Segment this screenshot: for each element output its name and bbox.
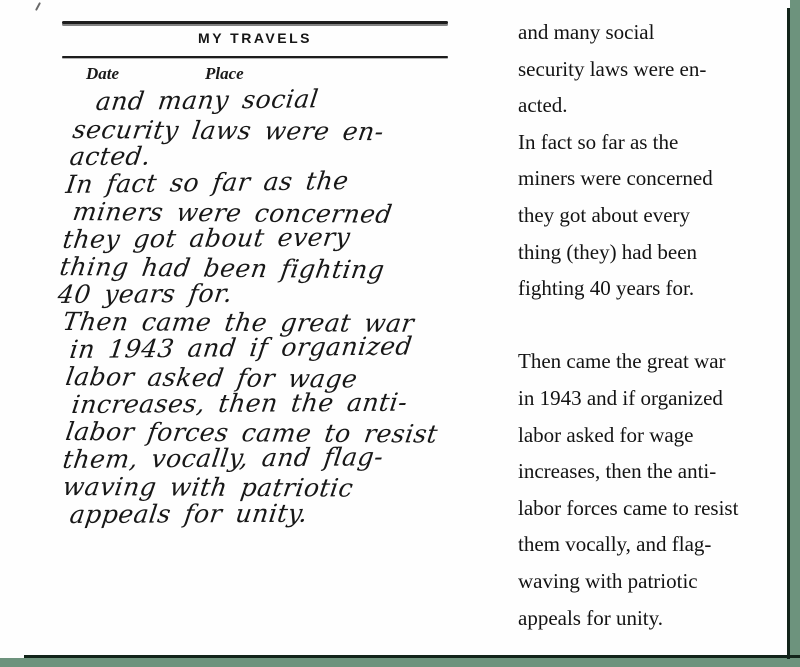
- date-column-label: Date: [86, 64, 119, 84]
- frame-border-bottom: [0, 658, 800, 667]
- pen-mark: [35, 2, 41, 11]
- scanned-document-page: MY TRAVELS Date Place and many social se…: [0, 0, 800, 667]
- transcription-line: fighting 40 years for.: [518, 270, 788, 307]
- transcription-line: they got about every: [518, 197, 788, 234]
- transcription-line: miners were concerned: [518, 160, 788, 197]
- handwritten-line: in 1943 and if organized: [68, 331, 490, 363]
- transcription-line: them vocally, and flag-: [518, 526, 788, 563]
- transcription-line: labor forces came to resist: [518, 490, 788, 527]
- handwritten-line: they got about every: [61, 222, 490, 253]
- place-column-label: Place: [205, 64, 244, 84]
- transcription-line: thing (they) had been: [518, 234, 788, 271]
- handwritten-line: increases, then the anti-: [70, 388, 490, 418]
- scan-edge-line-bottom: [24, 655, 800, 658]
- handwritten-line: 40 years for.: [56, 277, 490, 308]
- handwritten-line: and many social: [94, 83, 490, 115]
- notebook-page: MY TRAVELS Date Place and many social se…: [58, 0, 488, 600]
- transcription-line: labor asked for wage: [518, 417, 788, 454]
- transcription-text-block: and many social security laws were en- a…: [518, 14, 788, 636]
- handwritten-line: appeals for unity.: [68, 498, 490, 528]
- transcription-line: Then came the great war: [518, 343, 788, 380]
- handwritten-line: In fact so far as the: [64, 165, 490, 198]
- transcription-line: In fact so far as the: [518, 124, 788, 161]
- header-rule-top: [62, 21, 448, 24]
- header-rule-bottom: [62, 56, 448, 58]
- handwritten-line: them, vocally, and flag-: [61, 442, 490, 473]
- transcription-line: increases, then the anti-: [518, 453, 788, 490]
- transcription-line-blank: [518, 307, 788, 344]
- transcription-line: waving with patriotic: [518, 563, 788, 600]
- frame-border-right: [790, 0, 800, 667]
- transcription-line: security laws were en-: [518, 51, 788, 88]
- transcription-line: appeals for unity.: [518, 600, 788, 637]
- transcription-line: in 1943 and if organized: [518, 380, 788, 417]
- scan-edge-line-right: [787, 8, 790, 659]
- transcription-line: acted.: [518, 87, 788, 124]
- handwritten-text-block: and many social security laws were en- a…: [58, 88, 488, 528]
- notebook-title: MY TRAVELS: [62, 30, 448, 46]
- transcription-line: and many social: [518, 14, 788, 51]
